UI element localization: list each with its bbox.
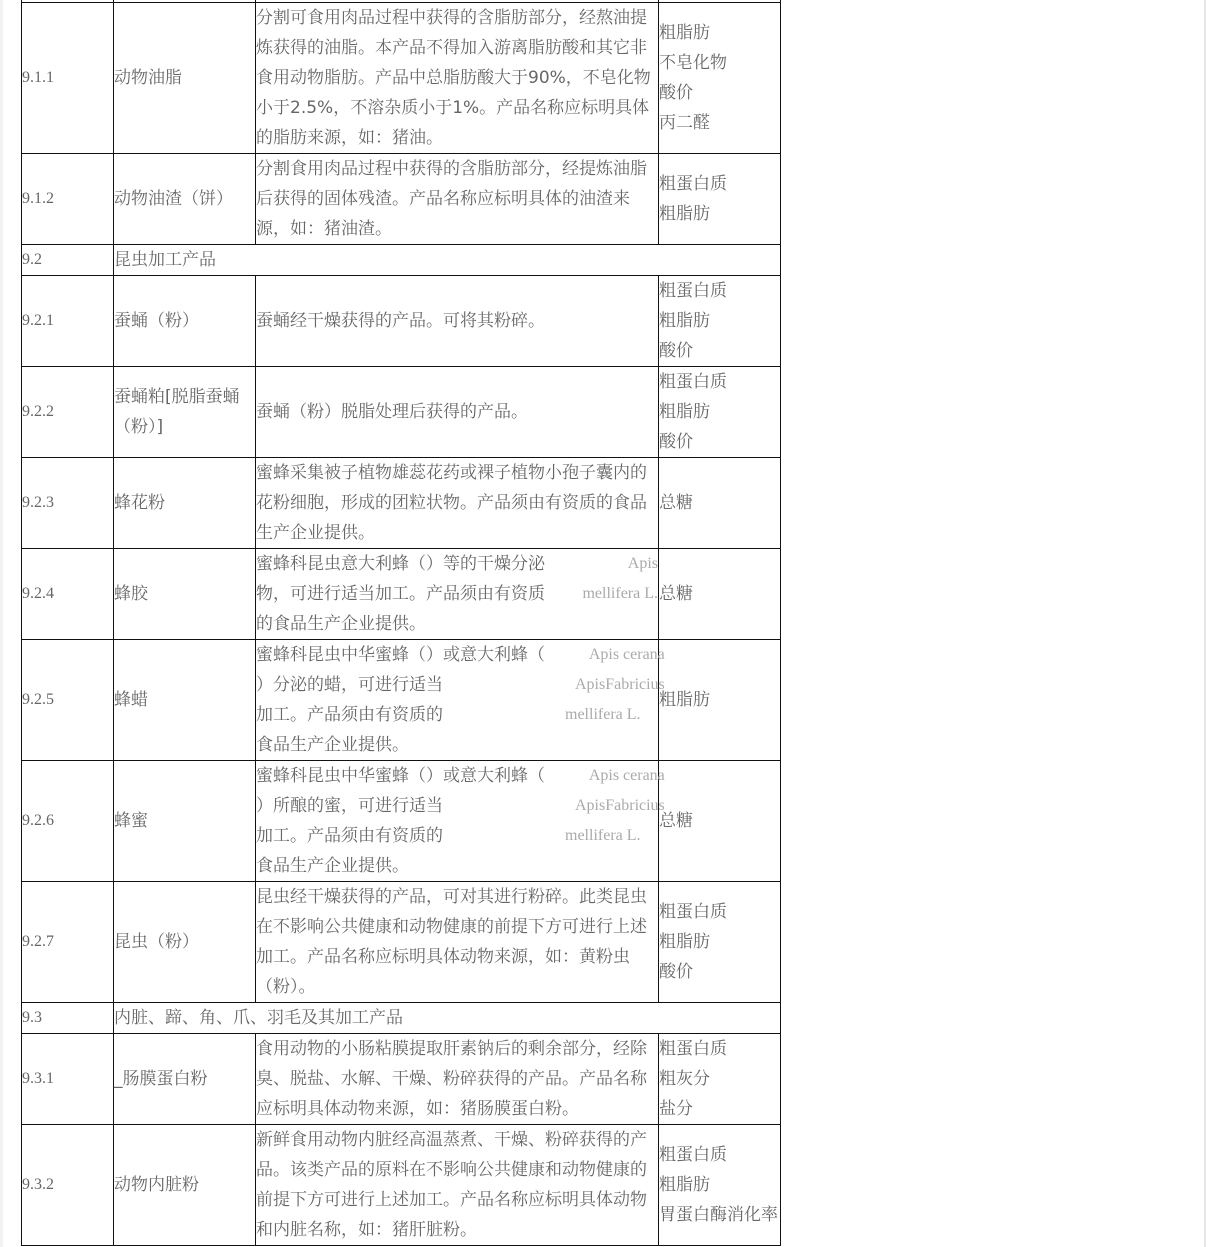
description-text: 蜜蜂采集被子植物雄蕊花药或裸子植物小孢子囊内的花粉细胞，形成的团粒状物。产品须由… — [256, 458, 658, 548]
requirement-item: 粗蛋白质 — [659, 897, 780, 927]
cell-description: 蚕蛹（粉）脱脂处理后获得的产品。 — [256, 367, 659, 458]
cell-code: 9.2.7 — [22, 882, 114, 1003]
cell-description: 分割食用肉品过程中获得的含脂肪部分，经提炼油脂后获得的固体残渣。产品名称应标明具… — [256, 154, 659, 245]
cell-name: 蜂胶 — [114, 549, 256, 640]
latin-line: mellifera L. — [545, 579, 658, 609]
description-line: ）所酿的蜜，可进行适当 — [256, 791, 545, 821]
requirement-item: 酸价 — [659, 336, 780, 366]
cell-code: 9.2.5 — [22, 640, 114, 761]
cell-name: 蜂花粉 — [114, 458, 256, 549]
table-row: 9.3.2动物内脏粉新鲜食用动物内脏经高温蒸煮、干燥、粉碎获得的产品。该类产品的… — [22, 1125, 781, 1246]
table-row: 9.2.4蜂胶蜜蜂科昆虫意大利蜂（）等的干燥分泌物，可进行适当加工。产品须由有资… — [22, 549, 781, 640]
cell-requirements: 粗蛋白质粗脂肪酸价 — [659, 367, 781, 458]
cell-description: 蚕蛹经干燥获得的产品。可将其粉碎。 — [256, 276, 659, 367]
latin-line: ApisFabricius — [545, 791, 665, 821]
cell-name: 动物油脂 — [114, 3, 256, 154]
requirement-item: 粗脂肪 — [659, 1170, 780, 1200]
cell-code: 9.3.1 — [22, 1034, 114, 1125]
requirement-item: 粗蛋白质 — [659, 1034, 780, 1064]
cell-description: 蜜蜂科昆虫中华蜜蜂（）或意大利蜂（）所酿的蜜，可进行适当加工。产品须由有资质的食… — [256, 761, 659, 882]
latin-name: Fabricius — [605, 791, 665, 821]
latin-line — [545, 851, 665, 881]
description-line: 蜜蜂科昆虫中华蜜蜂（）或意大利蜂（ — [256, 640, 545, 670]
cell-name: 昆虫（粉） — [114, 882, 256, 1003]
latin-name: Fabricius — [605, 670, 665, 700]
cell-code: 9.2 — [22, 245, 114, 276]
section-title: 昆虫加工产品 — [114, 245, 781, 276]
requirement-item: 粗脂肪 — [659, 927, 780, 957]
table-row: 9.2.7昆虫（粉）昆虫经干燥获得的产品，可对其进行粉碎。此类昆虫在不影响公共健… — [22, 882, 781, 1003]
latin-name: mellifera L. — [565, 827, 641, 844]
latin-name: Apis — [628, 555, 658, 572]
table-section-row: 9.3内脏、蹄、角、爪、羽毛及其加工产品 — [22, 1003, 781, 1034]
description-with-latin: 蜜蜂科昆虫中华蜜蜂（）或意大利蜂（）所酿的蜜，可进行适当加工。产品须由有资质的食… — [256, 761, 658, 881]
cell-code: 9.2.4 — [22, 549, 114, 640]
cell-requirements: 粗蛋白质粗脂肪酸价 — [659, 276, 781, 367]
cell-requirements: 粗蛋白质粗脂肪胃蛋白酶消化率 — [659, 1125, 781, 1246]
table-row: 9.2.6蜂蜜蜜蜂科昆虫中华蜜蜂（）或意大利蜂（）所酿的蜜，可进行适当加工。产品… — [22, 761, 781, 882]
cell-requirements: 总糖 — [659, 761, 781, 882]
cell-code: 9.1.1 — [22, 3, 114, 154]
description-with-latin: 蜜蜂科昆虫中华蜜蜂（）或意大利蜂（）分泌的蜡，可进行适当加工。产品须由有资质的食… — [256, 640, 658, 760]
description-line: 食品生产企业提供。 — [256, 730, 545, 760]
description-chinese: 蜜蜂科昆虫中华蜜蜂（）或意大利蜂（）分泌的蜡，可进行适当加工。产品须由有资质的食… — [256, 640, 545, 760]
latin-name: mellifera L. — [582, 585, 658, 602]
cell-name: 蜂蜜 — [114, 761, 256, 882]
description-chinese: 蜜蜂科昆虫意大利蜂（）等的干燥分泌物，可进行适当加工。产品须由有资质的食品生产企… — [256, 549, 545, 639]
cell-name: 蚕蛹（粉） — [114, 276, 256, 367]
requirement-item: 丙二醛 — [659, 108, 780, 138]
cell-requirements: 粗脂肪不皂化物酸价丙二醛 — [659, 3, 781, 154]
feed-material-table: 9.1.1动物油脂分割可食用肉品过程中获得的含脂肪部分，经熬油提炼获得的油脂。本… — [21, 0, 781, 1246]
latin-line — [545, 730, 665, 760]
requirement-item: 粗脂肪 — [659, 199, 780, 229]
requirement-item: 粗灰分 — [659, 1064, 780, 1094]
cell-description: 食用动物的小肠粘膜提取肝素钠后的剩余部分，经除臭、脱盐、水解、干燥、粉碎获得的产… — [256, 1034, 659, 1125]
cell-description: 新鲜食用动物内脏经高温蒸煮、干燥、粉碎获得的产品。该类产品的原料在不影响公共健康… — [256, 1125, 659, 1246]
cell-name: _肠膜蛋白粉 — [114, 1034, 256, 1125]
latin-name: Apis — [575, 791, 605, 821]
table-section-row: 9.2昆虫加工产品 — [22, 245, 781, 276]
requirement-item: 粗脂肪 — [659, 685, 780, 715]
cell-requirements: 总糖 — [659, 549, 781, 640]
requirement-item: 酸价 — [659, 78, 780, 108]
requirement-item: 粗脂肪 — [659, 306, 780, 336]
requirement-item: 总糖 — [659, 579, 780, 609]
cell-code: 9.2.2 — [22, 367, 114, 458]
table-row: 9.1.2动物油渣（饼）分割食用肉品过程中获得的含脂肪部分，经提炼油脂后获得的固… — [22, 154, 781, 245]
requirement-item: 粗脂肪 — [659, 18, 780, 48]
latin-line: mellifera L. — [545, 821, 665, 851]
cell-code: 9.2.1 — [22, 276, 114, 367]
requirement-item: 胃蛋白酶消化率 — [659, 1200, 780, 1230]
requirement-item: 不皂化物 — [659, 48, 780, 78]
description-text: 昆虫经干燥获得的产品，可对其进行粉碎。此类昆虫在不影响公共健康和动物健康的前提下… — [256, 882, 658, 1002]
latin-line: Apis cerana — [545, 640, 665, 670]
cell-requirements: 粗蛋白质粗脂肪 — [659, 154, 781, 245]
latin-line: Apis cerana — [545, 761, 665, 791]
table-row: 9.1.1动物油脂分割可食用肉品过程中获得的含脂肪部分，经熬油提炼获得的油脂。本… — [22, 3, 781, 154]
cell-description: 蜜蜂科昆虫中华蜜蜂（）或意大利蜂（）分泌的蜡，可进行适当加工。产品须由有资质的食… — [256, 640, 659, 761]
table-row: 9.2.1蚕蛹（粉）蚕蛹经干燥获得的产品。可将其粉碎。粗蛋白质粗脂肪酸价 — [22, 276, 781, 367]
cell-name: 动物内脏粉 — [114, 1125, 256, 1246]
description-text: 分割食用肉品过程中获得的含脂肪部分，经提炼油脂后获得的固体残渣。产品名称应标明具… — [256, 154, 658, 244]
description-text: 蚕蛹经干燥获得的产品。可将其粉碎。 — [256, 306, 658, 336]
section-title: 内脏、蹄、角、爪、羽毛及其加工产品 — [114, 1003, 781, 1034]
description-line: 蜜蜂科昆虫中华蜜蜂（）或意大利蜂（ — [256, 761, 545, 791]
requirement-item: 粗蛋白质 — [659, 1140, 780, 1170]
cell-requirements: 总糖 — [659, 458, 781, 549]
cell-code: 9.1.2 — [22, 154, 114, 245]
cell-code: 9.3 — [22, 1003, 114, 1034]
latin-line — [545, 609, 658, 639]
description-chinese: 蜜蜂科昆虫中华蜜蜂（）或意大利蜂（）所酿的蜜，可进行适当加工。产品须由有资质的食… — [256, 761, 545, 881]
description-line: 加工。产品须由有资质的 — [256, 700, 545, 730]
cell-description: 昆虫经干燥获得的产品，可对其进行粉碎。此类昆虫在不影响公共健康和动物健康的前提下… — [256, 882, 659, 1003]
description-line: 食品生产企业提供。 — [256, 851, 545, 881]
requirement-item: 酸价 — [659, 427, 780, 457]
latin-line: ApisFabricius — [545, 670, 665, 700]
latin-name: Apis — [575, 670, 605, 700]
description-latin-names: Apismellifera L. — [545, 549, 658, 639]
cell-code: 9.3.2 — [22, 1125, 114, 1246]
table-row: 9.3.1_肠膜蛋白粉食用动物的小肠粘膜提取肝素钠后的剩余部分，经除臭、脱盐、水… — [22, 1034, 781, 1125]
description-line: 的食品生产企业提供。 — [256, 609, 545, 639]
requirement-item: 粗蛋白质 — [659, 367, 780, 397]
cell-requirements: 粗蛋白质粗灰分盐分 — [659, 1034, 781, 1125]
cell-code: 9.2.6 — [22, 761, 114, 882]
description-text: 分割可食用肉品过程中获得的含脂肪部分，经熬油提炼获得的油脂。本产品不得加入游离脂… — [256, 3, 658, 153]
latin-name: mellifera L. — [565, 706, 641, 723]
cell-requirements: 粗蛋白质粗脂肪酸价 — [659, 882, 781, 1003]
table-row: 9.2.2蚕蛹粕[脱脂蚕蛹（粉）]蚕蛹（粉）脱脂处理后获得的产品。粗蛋白质粗脂肪… — [22, 367, 781, 458]
description-line: ）分泌的蜡，可进行适当 — [256, 670, 545, 700]
description-line: 物，可进行适当加工。产品须由有资质 — [256, 579, 545, 609]
latin-line: mellifera L. — [545, 700, 665, 730]
requirement-item: 粗蛋白质 — [659, 169, 780, 199]
description-text: 食用动物的小肠粘膜提取肝素钠后的剩余部分，经除臭、脱盐、水解、干燥、粉碎获得的产… — [256, 1034, 658, 1124]
latin-name: Apis cerana — [589, 767, 665, 784]
requirement-item: 总糖 — [659, 806, 780, 836]
description-text: 新鲜食用动物内脏经高温蒸煮、干燥、粉碎获得的产品。该类产品的原料在不影响公共健康… — [256, 1125, 658, 1245]
description-text: 蚕蛹（粉）脱脂处理后获得的产品。 — [256, 397, 658, 427]
latin-name: Apis cerana — [589, 646, 665, 663]
description-latin-names: Apis ceranaApisFabriciusmellifera L. — [545, 640, 665, 760]
table-row: 9.2.3蜂花粉蜜蜂采集被子植物雄蕊花药或裸子植物小孢子囊内的花粉细胞，形成的团… — [22, 458, 781, 549]
description-line: 蜜蜂科昆虫意大利蜂（）等的干燥分泌 — [256, 549, 545, 579]
cell-description: 蜜蜂采集被子植物雄蕊花药或裸子植物小孢子囊内的花粉细胞，形成的团粒状物。产品须由… — [256, 458, 659, 549]
cell-description: 蜜蜂科昆虫意大利蜂（）等的干燥分泌物，可进行适当加工。产品须由有资质的食品生产企… — [256, 549, 659, 640]
cell-name: 蜂蜡 — [114, 640, 256, 761]
cell-requirements: 粗脂肪 — [659, 640, 781, 761]
requirement-item: 粗蛋白质 — [659, 276, 780, 306]
description-latin-names: Apis ceranaApisFabriciusmellifera L. — [545, 761, 665, 881]
requirement-item: 粗脂肪 — [659, 397, 780, 427]
requirement-item: 酸价 — [659, 957, 780, 987]
table-row: 9.2.5蜂蜡蜜蜂科昆虫中华蜜蜂（）或意大利蜂（）分泌的蜡，可进行适当加工。产品… — [22, 640, 781, 761]
description-with-latin: 蜜蜂科昆虫意大利蜂（）等的干燥分泌物，可进行适当加工。产品须由有资质的食品生产企… — [256, 549, 658, 639]
cell-description: 分割可食用肉品过程中获得的含脂肪部分，经熬油提炼获得的油脂。本产品不得加入游离脂… — [256, 3, 659, 154]
description-line: 加工。产品须由有资质的 — [256, 821, 545, 851]
cell-name: 动物油渣（饼） — [114, 154, 256, 245]
latin-line: Apis — [545, 549, 658, 579]
requirement-item: 盐分 — [659, 1094, 780, 1124]
page-left-edge — [0, 0, 3, 1247]
requirement-item: 总糖 — [659, 488, 780, 518]
cell-name: 蚕蛹粕[脱脂蚕蛹（粉）] — [114, 367, 256, 458]
feed-material-table-container: 9.1.1动物油脂分割可食用肉品过程中获得的含脂肪部分，经熬油提炼获得的油脂。本… — [21, 0, 781, 1246]
cell-code: 9.2.3 — [22, 458, 114, 549]
